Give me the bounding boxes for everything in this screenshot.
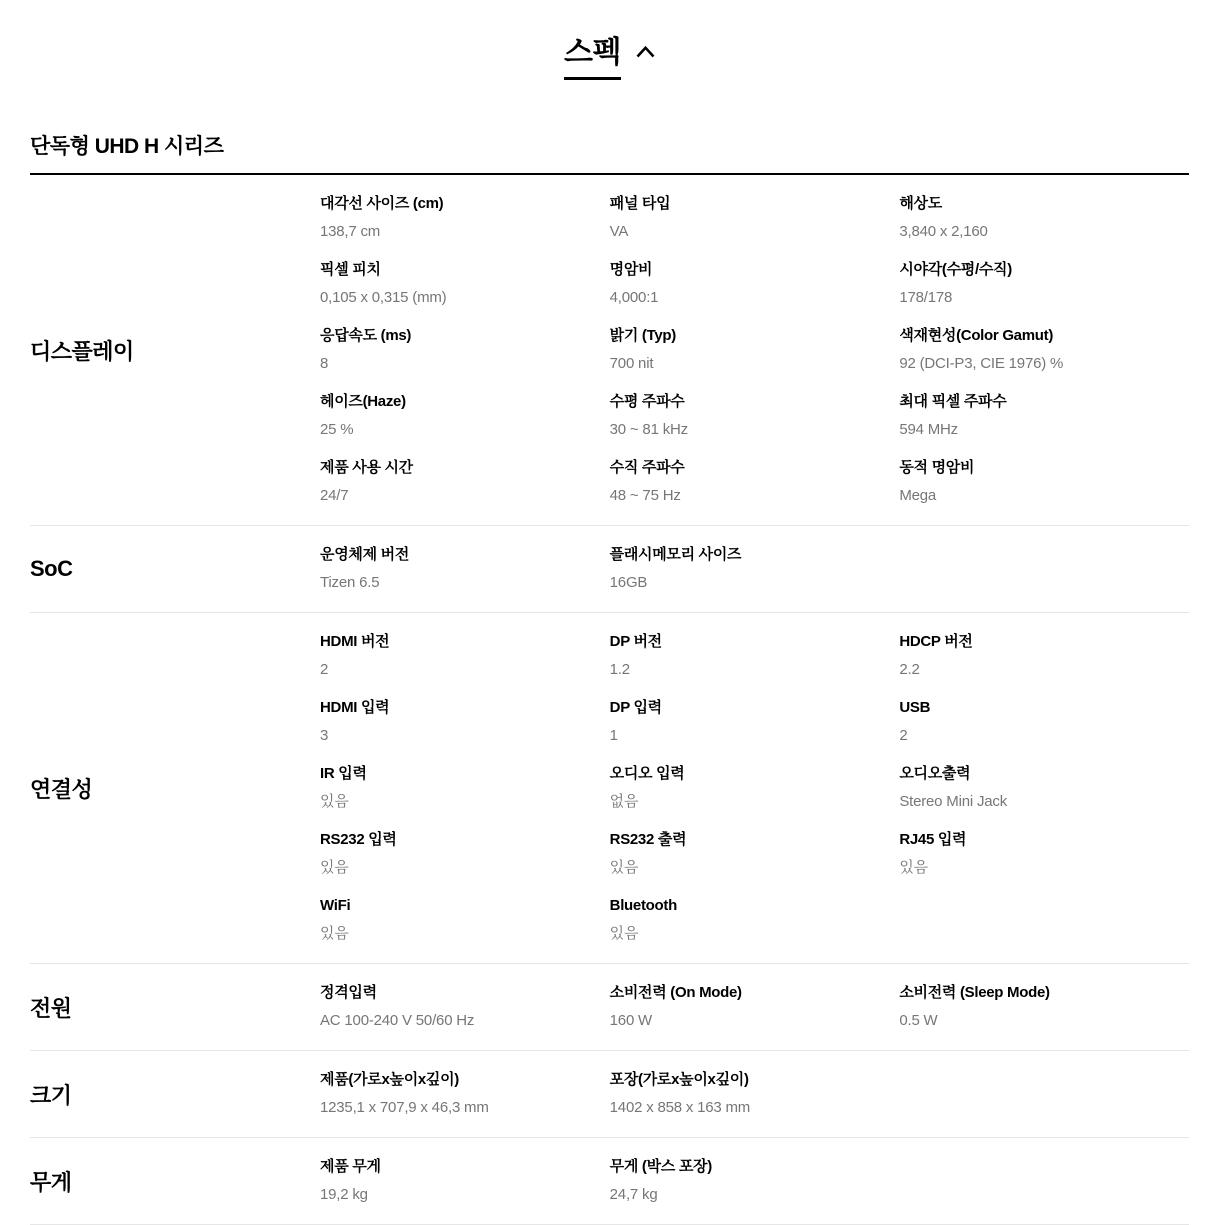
spec-item: 최대 픽셀 주파수594 MHz xyxy=(899,393,1189,439)
spec-item-label: 오디오출력 xyxy=(899,765,1169,783)
spec-item: 정격입력AC 100-240 V 50/60 Hz xyxy=(320,984,610,1030)
spec-item: 소비전력 (On Mode)160 W xyxy=(610,984,900,1030)
category-label: 무게 xyxy=(30,1166,320,1197)
spec-item-label: HDMI 입력 xyxy=(320,699,590,717)
spec-item: USB2 xyxy=(899,699,1189,745)
spec-item-label: DP 버전 xyxy=(610,633,880,651)
spec-item-value: 있음 xyxy=(320,793,590,811)
spec-item-value: 30 ~ 81 kHz xyxy=(610,421,880,439)
spec-item-label: 수평 주파수 xyxy=(610,393,880,411)
spec-item-label: 시야각(수평/수직) xyxy=(899,261,1169,279)
spec-item-value: 1.2 xyxy=(610,661,880,679)
spec-item-value: VA xyxy=(610,223,880,241)
spec-grid: 운영체제 버전Tizen 6.5플래시메모리 사이즈16GB xyxy=(320,546,1189,592)
spec-item: 플래시메모리 사이즈16GB xyxy=(610,546,900,592)
spec-item: HDMI 버전2 xyxy=(320,633,610,679)
spec-item-value: 25 % xyxy=(320,421,590,439)
spec-grid: HDMI 버전2DP 버전1.2HDCP 버전2.2HDMI 입력3DP 입력1… xyxy=(320,633,1189,943)
spec-item-label: HDCP 버전 xyxy=(899,633,1169,651)
spec-grid: 정격입력AC 100-240 V 50/60 Hz소비전력 (On Mode)1… xyxy=(320,984,1189,1030)
spec-item: 헤이즈(Haze)25 % xyxy=(320,393,610,439)
spec-item: 시야각(수평/수직)178/178 xyxy=(899,261,1189,307)
spec-item-value: 48 ~ 75 Hz xyxy=(610,487,880,505)
spec-item: 제품 사용 시간24/7 xyxy=(320,459,610,505)
spec-item-label: 제품 무게 xyxy=(320,1158,590,1176)
spec-item-value: Mega xyxy=(899,487,1169,505)
spec-item: 응답속도 (ms)8 xyxy=(320,327,610,373)
spec-item-label: 수직 주파수 xyxy=(610,459,880,477)
spec-item-label: HDMI 버전 xyxy=(320,633,590,651)
spec-item-value: 4,000:1 xyxy=(610,289,880,307)
spec-item-label: 응답속도 (ms) xyxy=(320,327,590,345)
spec-item-value: 1235,1 x 707,9 x 46,3 mm xyxy=(320,1099,590,1117)
spec-item-value: Tizen 6.5 xyxy=(320,574,590,592)
spec-item-value: 있음 xyxy=(610,859,880,877)
spec-item: 밝기 (Typ)700 nit xyxy=(610,327,900,373)
spec-item-label: 해상도 xyxy=(899,195,1169,213)
spec-item-label: 제품(가로x높이x깊이) xyxy=(320,1071,590,1089)
spec-item-value: 594 MHz xyxy=(899,421,1169,439)
spec-item-label: IR 입력 xyxy=(320,765,590,783)
spec-item-label: USB xyxy=(899,699,1169,717)
spec-page: 스펙 단독형 UHD H 시리즈 디스플레이대각선 사이즈 (cm)138,7 … xyxy=(0,0,1219,1225)
spec-item-label: 운영체제 버전 xyxy=(320,546,590,564)
spec-item-label: 픽셀 피치 xyxy=(320,261,590,279)
spec-item-label: RS232 출력 xyxy=(610,831,880,849)
spec-grid: 제품(가로x높이x깊이)1235,1 x 707,9 x 46,3 mm포장(가… xyxy=(320,1071,1189,1117)
spec-item-value: 1402 x 858 x 163 mm xyxy=(610,1099,880,1117)
spec-item-value: 2 xyxy=(320,661,590,679)
spec-item: 패널 타입VA xyxy=(610,195,900,241)
spec-item: 픽셀 피치0,105 x 0,315 (mm) xyxy=(320,261,610,307)
spec-item: 동적 명암비Mega xyxy=(899,459,1189,505)
spec-item: 소비전력 (Sleep Mode)0.5 W xyxy=(899,984,1189,1030)
spec-item: 포장(가로x높이x깊이)1402 x 858 x 163 mm xyxy=(610,1071,900,1117)
spec-item-label: 제품 사용 시간 xyxy=(320,459,590,477)
spec-item: RJ45 입력있음 xyxy=(899,831,1189,877)
spec-item: RS232 출력있음 xyxy=(610,831,900,877)
spec-section: 연결성HDMI 버전2DP 버전1.2HDCP 버전2.2HDMI 입력3DP … xyxy=(30,613,1189,964)
spec-item-value: 138,7 cm xyxy=(320,223,590,241)
spec-item-label: RJ45 입력 xyxy=(899,831,1169,849)
spec-item-label: DP 입력 xyxy=(610,699,880,717)
spec-item-label: RS232 입력 xyxy=(320,831,590,849)
spec-item-value: 19,2 kg xyxy=(320,1186,590,1204)
spec-item-value: 0.5 W xyxy=(899,1012,1169,1030)
spec-item-label: 명암비 xyxy=(610,261,880,279)
spec-item-label: Bluetooth xyxy=(610,897,880,915)
spec-item: 오디오 입력없음 xyxy=(610,765,900,811)
spec-section: 크기제품(가로x높이x깊이)1235,1 x 707,9 x 46,3 mm포장… xyxy=(30,1051,1189,1138)
spec-item-value: 2.2 xyxy=(899,661,1169,679)
spec-item-value: 있음 xyxy=(320,859,590,877)
series-title: 단독형 UHD H 시리즈 xyxy=(30,130,1189,175)
spec-item-value: 있음 xyxy=(899,859,1169,877)
spec-item-value: 178/178 xyxy=(899,289,1169,307)
spec-item-label: 동적 명암비 xyxy=(899,459,1169,477)
spec-item-label: 대각선 사이즈 (cm) xyxy=(320,195,590,213)
spec-item: 수직 주파수48 ~ 75 Hz xyxy=(610,459,900,505)
spec-section: SoC운영체제 버전Tizen 6.5플래시메모리 사이즈16GB xyxy=(30,526,1189,613)
spec-item-value: 24/7 xyxy=(320,487,590,505)
spec-item: WiFi있음 xyxy=(320,897,610,943)
spec-accordion-toggle[interactable]: 스펙 xyxy=(30,0,1189,80)
spec-item-value: 160 W xyxy=(610,1012,880,1030)
spec-item-label: WiFi xyxy=(320,897,590,915)
spec-item: DP 버전1.2 xyxy=(610,633,900,679)
spec-item-value: 2 xyxy=(899,727,1169,745)
spec-item-label: 헤이즈(Haze) xyxy=(320,393,590,411)
spec-grid: 제품 무게19,2 kg무게 (박스 포장)24,7 kg xyxy=(320,1158,1189,1204)
category-label: SoC xyxy=(30,556,320,582)
spec-item-label: 소비전력 (On Mode) xyxy=(610,984,880,1002)
category-label: 디스플레이 xyxy=(30,335,320,366)
spec-item-label: 오디오 입력 xyxy=(610,765,880,783)
spec-item-value: Stereo Mini Jack xyxy=(899,793,1169,811)
spec-item-label: 플래시메모리 사이즈 xyxy=(610,546,880,564)
category-label: 크기 xyxy=(30,1079,320,1110)
spec-item-value: 3 xyxy=(320,727,590,745)
spec-section: 디스플레이대각선 사이즈 (cm)138,7 cm패널 타입VA해상도3,840… xyxy=(30,175,1189,526)
spec-item-label: 무게 (박스 포장) xyxy=(610,1158,880,1176)
spec-grid: 대각선 사이즈 (cm)138,7 cm패널 타입VA해상도3,840 x 2,… xyxy=(320,195,1189,505)
spec-section: 무게제품 무게19,2 kg무게 (박스 포장)24,7 kg xyxy=(30,1138,1189,1225)
page-title: 스펙 xyxy=(564,38,621,80)
spec-item: 대각선 사이즈 (cm)138,7 cm xyxy=(320,195,610,241)
spec-item-value: 없음 xyxy=(610,793,880,811)
spec-item: Bluetooth있음 xyxy=(610,897,900,943)
spec-item-value: 0,105 x 0,315 (mm) xyxy=(320,289,590,307)
spec-item-label: 포장(가로x높이x깊이) xyxy=(610,1071,880,1089)
spec-item: 운영체제 버전Tizen 6.5 xyxy=(320,546,610,592)
spec-item: 무게 (박스 포장)24,7 kg xyxy=(610,1158,900,1204)
spec-item: IR 입력있음 xyxy=(320,765,610,811)
spec-item-label: 패널 타입 xyxy=(610,195,880,213)
spec-item-value: 3,840 x 2,160 xyxy=(899,223,1169,241)
spec-item: 명암비4,000:1 xyxy=(610,261,900,307)
spec-item-value: 있음 xyxy=(320,925,590,943)
spec-item-value: 있음 xyxy=(610,925,880,943)
spec-table: 디스플레이대각선 사이즈 (cm)138,7 cm패널 타입VA해상도3,840… xyxy=(30,175,1189,1225)
spec-item-value: 24,7 kg xyxy=(610,1186,880,1204)
spec-item: 제품 무게19,2 kg xyxy=(320,1158,610,1204)
spec-item: HDCP 버전2.2 xyxy=(899,633,1189,679)
chevron-up-icon xyxy=(636,46,655,58)
spec-item: 색재현성(Color Gamut)92 (DCI-P3, CIE 1976) % xyxy=(899,327,1189,373)
spec-item-value: 1 xyxy=(610,727,880,745)
category-label: 연결성 xyxy=(30,773,320,804)
spec-item-value: 92 (DCI-P3, CIE 1976) % xyxy=(899,355,1169,373)
spec-item: 수평 주파수30 ~ 81 kHz xyxy=(610,393,900,439)
spec-item-value: 8 xyxy=(320,355,590,373)
spec-item-value: 16GB xyxy=(610,574,880,592)
spec-item: 해상도3,840 x 2,160 xyxy=(899,195,1189,241)
spec-item: 오디오출력Stereo Mini Jack xyxy=(899,765,1189,811)
spec-item-label: 정격입력 xyxy=(320,984,590,1002)
category-label: 전원 xyxy=(30,992,320,1023)
spec-item: DP 입력1 xyxy=(610,699,900,745)
spec-item-label: 색재현성(Color Gamut) xyxy=(899,327,1169,345)
spec-item: HDMI 입력3 xyxy=(320,699,610,745)
spec-section: 전원정격입력AC 100-240 V 50/60 Hz소비전력 (On Mode… xyxy=(30,964,1189,1051)
spec-item-label: 소비전력 (Sleep Mode) xyxy=(899,984,1169,1002)
spec-item-value: AC 100-240 V 50/60 Hz xyxy=(320,1012,590,1030)
spec-item-label: 밝기 (Typ) xyxy=(610,327,880,345)
spec-item: RS232 입력있음 xyxy=(320,831,610,877)
spec-item-value: 700 nit xyxy=(610,355,880,373)
spec-item: 제품(가로x높이x깊이)1235,1 x 707,9 x 46,3 mm xyxy=(320,1071,610,1117)
spec-item-label: 최대 픽셀 주파수 xyxy=(899,393,1169,411)
